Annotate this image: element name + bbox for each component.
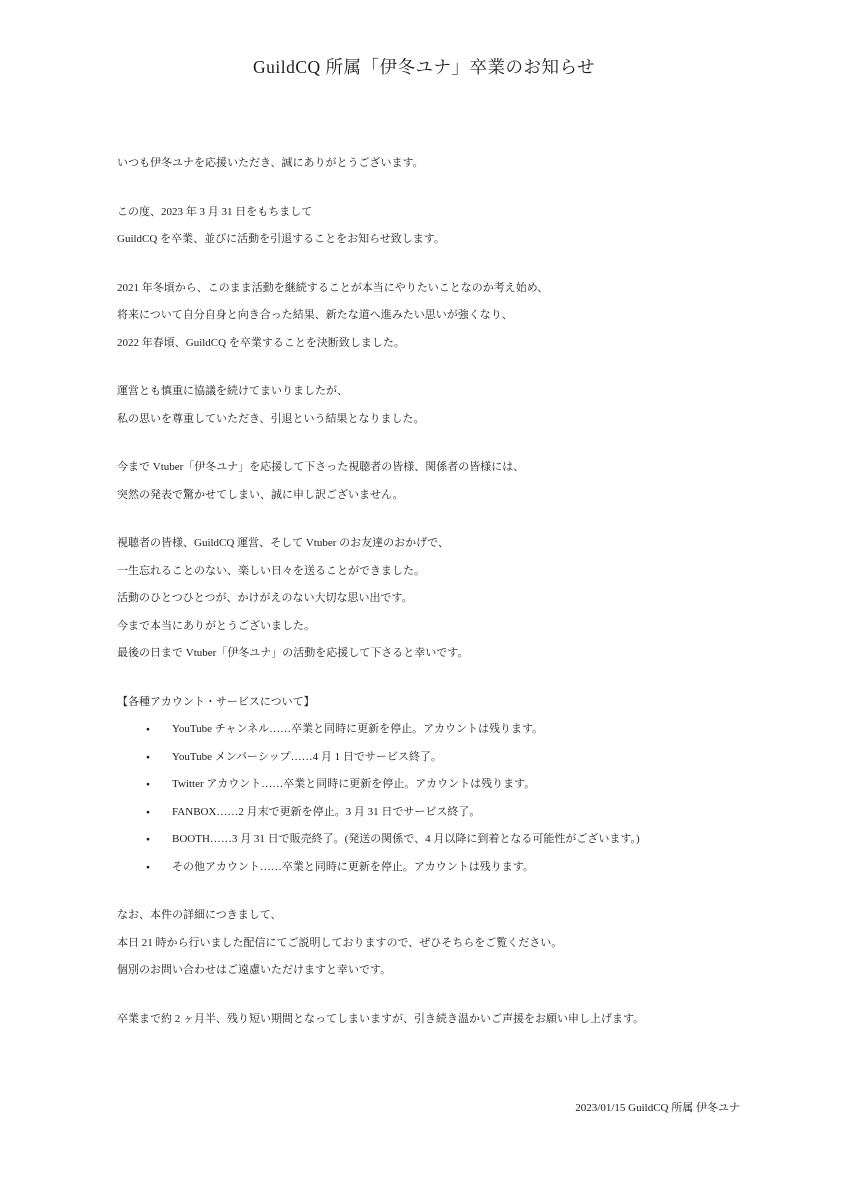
paragraph-details: なお、本件の詳細につきまして、 本日 21 時から行いました配信にてご説明してお… [117, 902, 740, 985]
paragraph-apology: 今まで Vtuber「伊冬ユナ」を応援して下さった視聴者の皆様、関係者の皆様には… [117, 454, 740, 509]
text-line: 今まで本当にありがとうございました。 [117, 613, 740, 641]
text-line: 卒業まで約 2 ヶ月半、残り短い期間となってしまいますが、引き続き温かいご声援を… [117, 1006, 740, 1034]
announcement-document: GuildCQ 所属「伊冬ユナ」卒業のお知らせ いつも伊冬ユナを応援いただき、誠… [0, 0, 848, 1199]
accounts-section: 【各種アカウント・サービスについて】 YouTube チャンネル……卒業と同時に… [117, 689, 740, 882]
signature: 2023/01/15 GuildCQ 所属 伊冬ユナ [117, 1095, 740, 1123]
list-item-other-accounts: その他アカウント……卒業と同時に更新を停止。アカウントは残ります。 [117, 854, 740, 882]
paragraph-greeting: いつも伊冬ユナを応援いただき、誠にありがとうございます。 [117, 150, 740, 178]
text-line: 突然の発表で驚かせてしまい、誠に申し訳ございません。 [117, 482, 740, 510]
list-item-youtube-membership: YouTube メンバーシップ……4 月 1 日でサービス終了。 [117, 744, 740, 772]
list-item-fanbox: FANBOX……2 月末で更新を停止。3 月 31 日でサービス終了。 [117, 799, 740, 827]
paragraph-thanks: 視聴者の皆様、GuildCQ 運営、そして Vtuber のお友達のおかげで、 … [117, 530, 740, 668]
document-title: GuildCQ 所属「伊冬ユナ」卒業のお知らせ [0, 0, 848, 80]
text-line: いつも伊冬ユナを応援いただき、誠にありがとうございます。 [117, 150, 740, 178]
list-item-youtube-channel: YouTube チャンネル……卒業と同時に更新を停止。アカウントは残ります。 [117, 716, 740, 744]
text-line: 活動のひとつひとつが、かけがえのない大切な思い出です。 [117, 585, 740, 613]
document-body: いつも伊冬ユナを応援いただき、誠にありがとうございます。 この度、2023 年 … [0, 150, 848, 1123]
text-line: 将来について自分自身と向き合った結果、新たな道へ進みたい思いが強くなり、 [117, 302, 740, 330]
list-item-booth: BOOTH……3 月 31 日で販売終了。(発送の関係で、4 月以降に到着となる… [117, 826, 740, 854]
list-item-twitter: Twitter アカウント……卒業と同時に更新を停止。アカウントは残ります。 [117, 771, 740, 799]
text-line: この度、2023 年 3 月 31 日をもちまして [117, 199, 740, 227]
accounts-list: YouTube チャンネル……卒業と同時に更新を停止。アカウントは残ります。 Y… [117, 716, 740, 881]
text-line: 運営とも慎重に協議を続けてまいりましたが、 [117, 378, 740, 406]
text-line: 個別のお問い合わせはご遠慮いただけますと幸いです。 [117, 957, 740, 985]
paragraph-background: 2021 年冬頃から、このまま活動を継続することが本当にやりたいことなのか考え始… [117, 275, 740, 358]
text-line: 2021 年冬頃から、このまま活動を継続することが本当にやりたいことなのか考え始… [117, 275, 740, 303]
text-line: 今まで Vtuber「伊冬ユナ」を応援して下さった視聴者の皆様、関係者の皆様には… [117, 454, 740, 482]
paragraph-management: 運営とも慎重に協議を続けてまいりましたが、 私の思いを尊重していただき、引退とい… [117, 378, 740, 433]
text-line: 視聴者の皆様、GuildCQ 運営、そして Vtuber のお友達のおかげで、 [117, 530, 740, 558]
text-line: 本日 21 時から行いました配信にてご説明しておりますので、ぜひそちらをご覧くだ… [117, 930, 740, 958]
text-line: GuildCQ を卒業、並びに活動を引退することをお知らせ致します。 [117, 226, 740, 254]
paragraph-farewell: 卒業まで約 2 ヶ月半、残り短い期間となってしまいますが、引き続き温かいご声援を… [117, 1006, 740, 1034]
text-line: なお、本件の詳細につきまして、 [117, 902, 740, 930]
text-line: 2022 年春頃、GuildCQ を卒業することを決断致しました。 [117, 330, 740, 358]
paragraph-announcement: この度、2023 年 3 月 31 日をもちまして GuildCQ を卒業、並び… [117, 199, 740, 254]
text-line: 一生忘れることのない、楽しい日々を送ることができました。 [117, 558, 740, 586]
text-line: 私の思いを尊重していただき、引退という結果となりました。 [117, 406, 740, 434]
accounts-section-heading: 【各種アカウント・サービスについて】 [117, 689, 740, 717]
text-line: 最後の日まで Vtuber「伊冬ユナ」の活動を応援して下さると幸いです。 [117, 640, 740, 668]
